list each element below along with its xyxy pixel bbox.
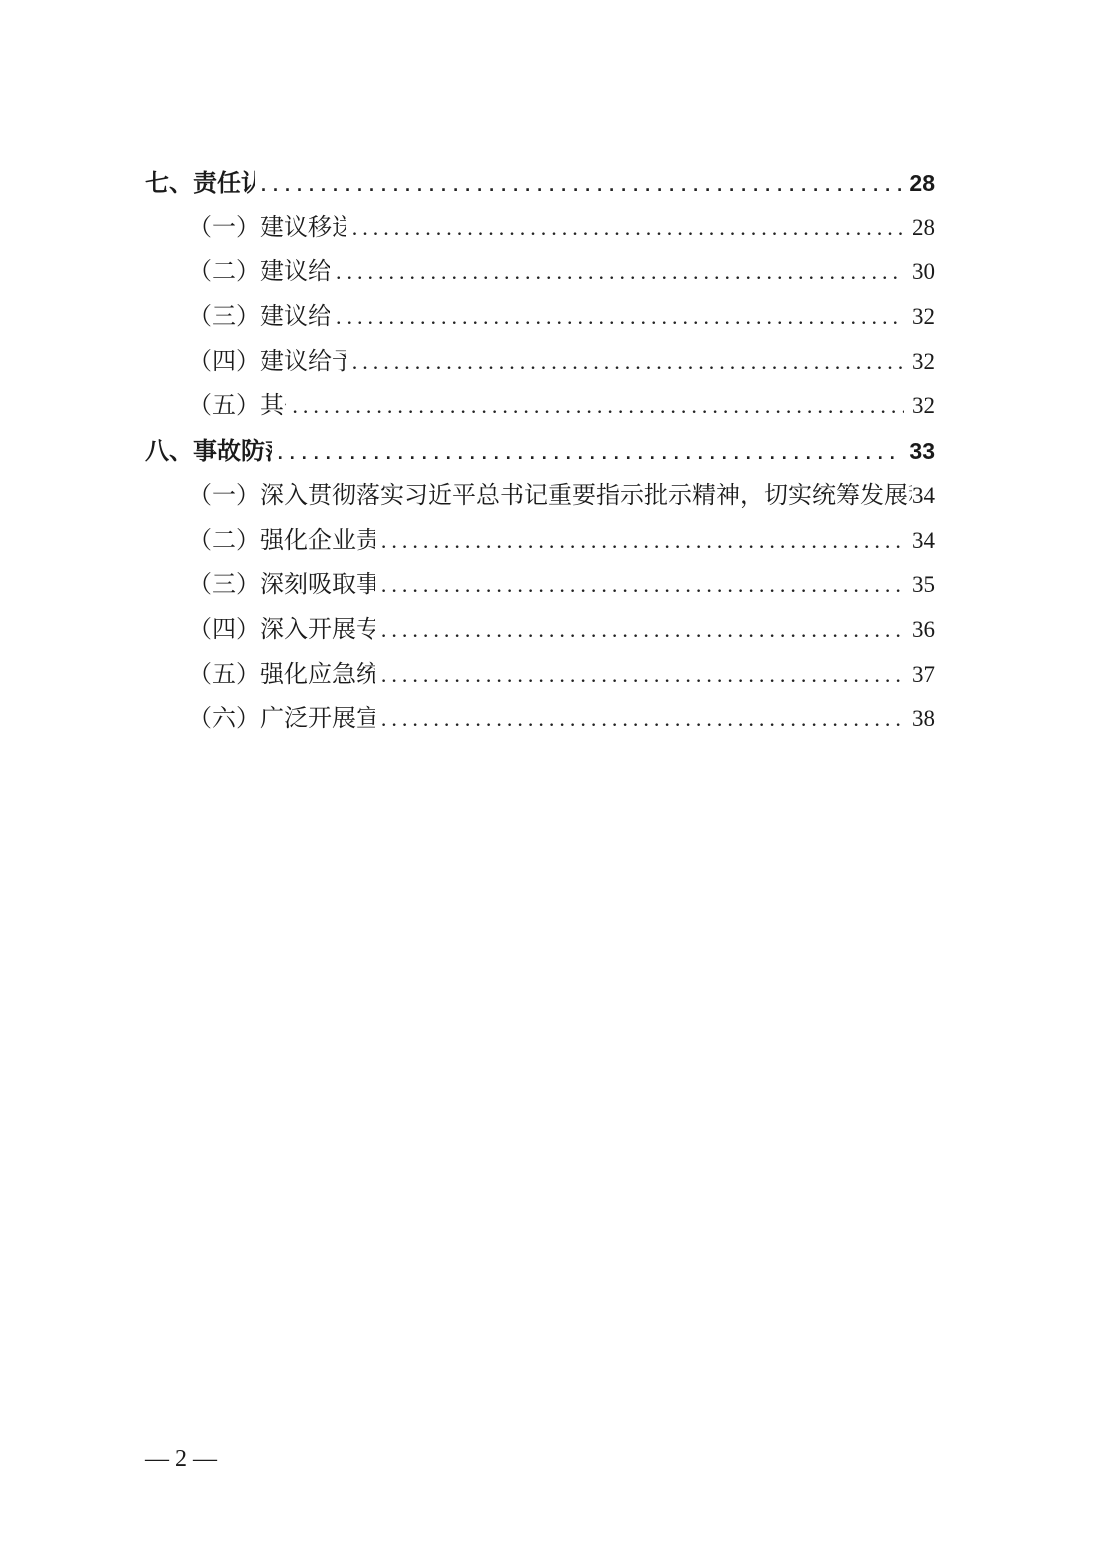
toc-entry: （三）深刻吸取事故教训，严格履行监管职责 35: [145, 563, 935, 608]
toc-entry: （五）强化应急统筹协同，提升应急处置能力 37: [145, 653, 935, 698]
dot-leader: [261, 162, 901, 208]
dot-leader: [292, 384, 904, 429]
toc-entry-label: （六）广泛开展宣传教育，增强安全防范意识: [188, 697, 375, 742]
toc-entry-label: （五）强化应急统筹协同，提升应急处置能力: [188, 653, 375, 698]
dot-leader: [336, 295, 904, 340]
table-of-contents: 七、责任认定及处理建议 28 （一）建议移送司法机关处理的人员 28 （二）建议…: [145, 161, 935, 742]
dot-leader: [381, 653, 904, 698]
toc-entry: 八、事故防范和整改措施建议 33: [145, 429, 935, 474]
toc-entry-page-number: 35: [912, 563, 935, 608]
dot-leader: [278, 430, 902, 476]
toc-entry: （四）建议给予党纪政务处理的人员 32: [145, 340, 935, 385]
toc-entry: （四）深入开展专项整治，彻底治理风险隐患 36: [145, 608, 935, 653]
dot-leader: [381, 563, 904, 608]
dot-leader: [381, 519, 904, 564]
toc-entry: （一）建议移送司法机关处理的人员 28: [145, 206, 935, 251]
toc-entry-page-number: 37: [912, 653, 935, 698]
toc-entry: （五）其他处理建议 32: [145, 384, 935, 429]
dot-leader: [352, 340, 904, 385]
toc-entry: （一）深入贯彻落实习近平总书记重要指示批示精神，切实统筹发展和安全 34: [145, 474, 935, 519]
toc-entry-label: （三）建议给予行政处罚的单位: [188, 295, 330, 340]
toc-entry-page-number: 32: [912, 340, 935, 385]
toc-entry-label: （一）深入贯彻落实习近平总书记重要指示批示精神，切实统筹发展和安全: [188, 474, 912, 519]
toc-entry-label: （二）强化企业责任落实，提升设备本质安全: [188, 519, 375, 564]
toc-entry-label: （五）其他处理建议: [188, 384, 286, 429]
toc-entry-label: （一）建议移送司法机关处理的人员: [188, 206, 346, 251]
document-page: 七、责任认定及处理建议 28 （一）建议移送司法机关处理的人员 28 （二）建议…: [0, 0, 1102, 1559]
toc-entry-page-number: 34: [912, 519, 935, 564]
toc-entry-label: 七、责任认定及处理建议: [145, 162, 255, 207]
toc-entry: （二）强化企业责任落实，提升设备本质安全 34: [145, 519, 935, 564]
toc-entry: 七、责任认定及处理建议 28: [145, 161, 935, 206]
toc-entry-page-number: 34: [912, 474, 935, 519]
toc-entry-label: 八、事故防范和整改措施建议: [145, 430, 272, 475]
toc-entry: （二）建议给予行政处罚的人员 30: [145, 250, 935, 295]
toc-entry-page-number: 32: [912, 384, 935, 429]
toc-entry-page-number: 33: [909, 429, 935, 474]
toc-entry-page-number: 32: [912, 295, 935, 340]
toc-entry: （六）广泛开展宣传教育，增强安全防范意识 38: [145, 697, 935, 742]
toc-entry-label: （四）深入开展专项整治，彻底治理风险隐患: [188, 608, 375, 653]
toc-entry-page-number: 28: [909, 161, 935, 206]
toc-entry-label: （二）建议给予行政处罚的人员: [188, 250, 330, 295]
toc-entry-page-number: 30: [912, 250, 935, 295]
toc-entry-page-number: 38: [912, 697, 935, 742]
toc-entry: （三）建议给予行政处罚的单位 32: [145, 295, 935, 340]
dot-leader: [336, 250, 904, 295]
toc-entry-label: （四）建议给予党纪政务处理的人员: [188, 340, 346, 385]
dot-leader: [381, 697, 904, 742]
dot-leader: [381, 608, 904, 653]
toc-entry-page-number: 28: [912, 206, 935, 251]
page-footer-number: — 2 —: [145, 1437, 217, 1481]
toc-entry-label: （三）深刻吸取事故教训，严格履行监管职责: [188, 563, 375, 608]
dot-leader: [352, 206, 904, 251]
toc-entry-page-number: 36: [912, 608, 935, 653]
